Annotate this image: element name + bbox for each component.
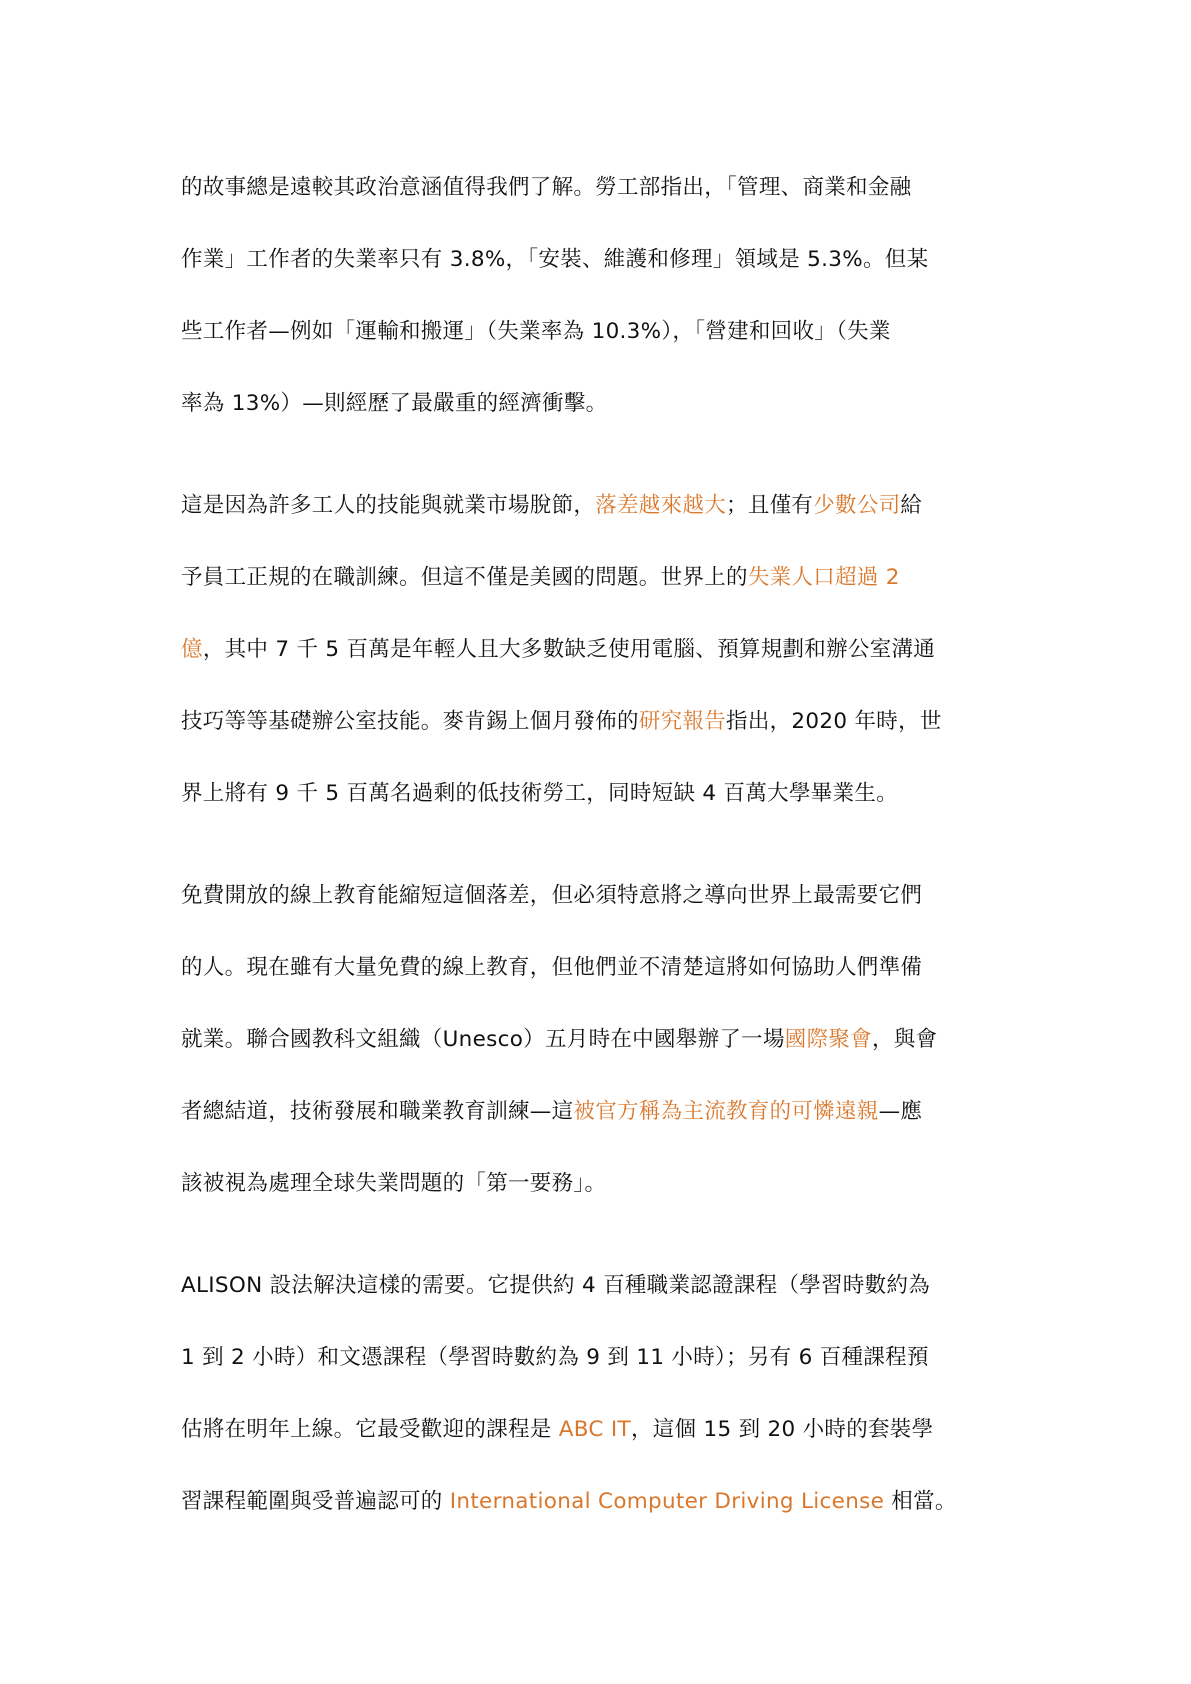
text-line: 億，其中 7 千 5 百萬是年輕人且大多數缺乏使用電腦、預算規劃和辦公室溝通 (181, 614, 1016, 686)
text-segment: 相當。 (884, 1489, 957, 1514)
text-line: 者總結道，技術發展和職業教育訓練—這被官方稱為主流教育的可憐遠親—應 (181, 1076, 1016, 1148)
paragraph: 免費開放的線上教育能縮短這個落差，但必須特意將之導向世界上最需要它們的人。現在雖… (181, 860, 1016, 1220)
text-segment: 的故事總是遠較其政治意涵值得我們了解。勞工部指出，「管理、商業和金融 (181, 175, 911, 200)
paragraph-spacer (181, 830, 1016, 860)
text-line: 的人。現在雖有大量免費的線上教育，但他們並不清楚這將如何協助人們準備 (181, 932, 1016, 1004)
text-line: 的故事總是遠較其政治意涵值得我們了解。勞工部指出，「管理、商業和金融 (181, 152, 1016, 224)
text-line: 技巧等等基礎辦公室技能。麥肯錫上個月發佈的研究報告指出，2020 年時，世 (181, 686, 1016, 758)
text-segment: —應 (879, 1099, 923, 1124)
text-segment: 作業」工作者的失業率只有 3.8%，「安裝、維護和修理」領域是 5.3%。但某 (181, 247, 928, 272)
text-segment: ，這個 15 到 20 小時的套裝學 (631, 1417, 933, 1442)
text-line: 界上將有 9 千 5 百萬名過剩的低技術勞工，同時短缺 4 百萬大學畢業生。 (181, 758, 1016, 830)
paragraph-spacer (181, 1220, 1016, 1250)
hyperlink[interactable]: 落差越來越大 (595, 493, 726, 518)
text-line: 估將在明年上線。它最受歡迎的課程是 ABC IT，這個 15 到 20 小時的套… (181, 1394, 1016, 1466)
text-segment: 技巧等等基礎辦公室技能。麥肯錫上個月發佈的 (181, 709, 639, 734)
text-segment: 1 到 2 小時）和文憑課程（學習時數約為 9 到 11 小時）；另有 6 百種… (181, 1345, 929, 1370)
paragraph: 的故事總是遠較其政治意涵值得我們了解。勞工部指出，「管理、商業和金融作業」工作者… (181, 152, 1016, 440)
text-line: 予員工正規的在職訓練。但這不僅是美國的問題。世界上的失業人口超過 2 (181, 542, 1016, 614)
hyperlink[interactable]: 國際聚會 (785, 1027, 872, 1052)
text-segment: ；且僅有 (726, 493, 813, 518)
hyperlink[interactable]: 億 (181, 637, 203, 662)
hyperlink[interactable]: 少數公司 (813, 493, 900, 518)
text-line: ALISON 設法解決這樣的需要。它提供約 4 百種職業認證課程（學習時數約為 (181, 1250, 1016, 1322)
text-segment: 指出，2020 年時，世 (726, 709, 942, 734)
text-segment: 給 (900, 493, 922, 518)
text-segment: ，與會 (872, 1027, 937, 1052)
text-segment: 者總結道，技術發展和職業教育訓練—這 (181, 1099, 573, 1124)
paragraph: 這是因為許多工人的技能與就業市場脫節，落差越來越大；且僅有少數公司給予員工正規的… (181, 470, 1016, 830)
text-line: 1 到 2 小時）和文憑課程（學習時數約為 9 到 11 小時）；另有 6 百種… (181, 1322, 1016, 1394)
hyperlink[interactable]: International Computer Driving License (450, 1489, 884, 1514)
text-line: 率為 13%）—則經歷了最嚴重的經濟衝擊。 (181, 368, 1016, 440)
text-segment: 就業。聯合國教科文組織（Unesco）五月時在中國舉辦了一場 (181, 1027, 785, 1052)
text-segment: 率為 13%）—則經歷了最嚴重的經濟衝擊。 (181, 391, 607, 416)
text-segment: 這是因為許多工人的技能與就業市場脫節， (181, 493, 595, 518)
text-segment: 估將在明年上線。它最受歡迎的課程是 (181, 1417, 559, 1442)
text-segment: ALISON 設法解決這樣的需要。它提供約 4 百種職業認證課程（學習時數約為 (181, 1273, 930, 1298)
hyperlink[interactable]: 被官方稱為主流教育的可憐遠親 (573, 1099, 878, 1124)
text-segment: 的人。現在雖有大量免費的線上教育，但他們並不清楚這將如何協助人們準備 (181, 955, 922, 980)
text-segment: ，其中 7 千 5 百萬是年輕人且大多數缺乏使用電腦、預算規劃和辦公室溝通 (203, 637, 935, 662)
text-line: 就業。聯合國教科文組織（Unesco）五月時在中國舉辦了一場國際聚會，與會 (181, 1004, 1016, 1076)
paragraph-spacer (181, 440, 1016, 470)
text-segment: 些工作者—例如「運輸和搬運」（失業率為 10.3%），「營建和回收」（失業 (181, 319, 891, 344)
text-segment: 該被視為處理全球失業問題的「第一要務」。 (181, 1171, 606, 1196)
paragraph: ALISON 設法解決這樣的需要。它提供約 4 百種職業認證課程（學習時數約為1… (181, 1250, 1016, 1538)
text-line: 該被視為處理全球失業問題的「第一要務」。 (181, 1148, 1016, 1220)
text-line: 習課程範圍與受普遍認可的 International Computer Driv… (181, 1466, 1016, 1538)
text-segment: 予員工正規的在職訓練。但這不僅是美國的問題。世界上的 (181, 565, 748, 590)
hyperlink[interactable]: 失業人口超過 2 (748, 565, 900, 590)
text-line: 些工作者—例如「運輸和搬運」（失業率為 10.3%），「營建和回收」（失業 (181, 296, 1016, 368)
text-line: 作業」工作者的失業率只有 3.8%，「安裝、維護和修理」領域是 5.3%。但某 (181, 224, 1016, 296)
text-segment: 習課程範圍與受普遍認可的 (181, 1489, 450, 1514)
hyperlink[interactable]: 研究報告 (639, 709, 726, 734)
text-segment: 界上將有 9 千 5 百萬名過剩的低技術勞工，同時短缺 4 百萬大學畢業生。 (181, 781, 898, 806)
document-page: 的故事總是遠較其政治意涵值得我們了解。勞工部指出，「管理、商業和金融作業」工作者… (181, 152, 1016, 1538)
text-line: 這是因為許多工人的技能與就業市場脫節，落差越來越大；且僅有少數公司給 (181, 470, 1016, 542)
text-line: 免費開放的線上教育能縮短這個落差，但必須特意將之導向世界上最需要它們 (181, 860, 1016, 932)
text-segment: 免費開放的線上教育能縮短這個落差，但必須特意將之導向世界上最需要它們 (181, 883, 922, 908)
hyperlink[interactable]: ABC IT (559, 1417, 631, 1442)
